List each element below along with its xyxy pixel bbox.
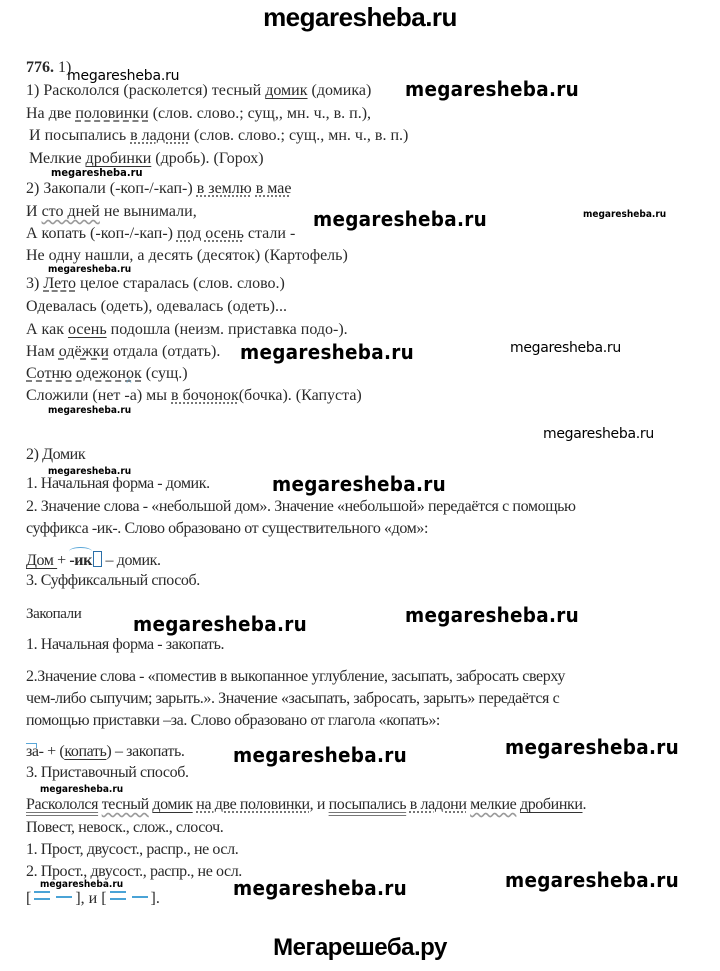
riddle3-line5: Сотню одежонок (сущ.) [26, 365, 188, 383]
zakopali-point1: 1. Начальная форма - закопать. [26, 636, 224, 654]
sentence-member: мелкие [470, 796, 516, 813]
section-title-zakopali: Закопали [26, 606, 81, 623]
sentence-member: Раскололся [26, 796, 98, 813]
text-fragment: посыпались [45, 127, 127, 144]
text-fragment: не вынимали, [100, 203, 197, 220]
watermark: megaresheba.ru [48, 405, 131, 416]
text-fragment: Сотню одежонок [26, 365, 142, 382]
subject-mark-icon [132, 896, 148, 898]
sentence-scheme: [], и []. [26, 890, 160, 908]
riddle2-line3: А копать (-коп-/-кап-) под осень стали - [26, 225, 295, 243]
text-fragment: одёжки [59, 343, 109, 360]
text-fragment: Одевалась (одеть), одевалась (одеть)... [26, 298, 287, 315]
watermark: megaresheba.ru [233, 876, 407, 900]
riddle1-line1: 1) Раскололся (расколется) тесный домик … [26, 82, 371, 100]
sentence-member: посыпались [329, 796, 407, 813]
watermark: megaresheba.ru [272, 472, 446, 496]
riddle3-line2: Одевалась (одеть), одевалась (одеть)... [26, 298, 287, 316]
sentence-member: в ладони [410, 796, 467, 813]
text-fragment: (бочка). (Капуста) [239, 387, 362, 404]
text-fragment: А копать (-коп-/-кап-) [26, 225, 177, 242]
text-fragment: целое старалась (слов. слово.) [76, 275, 285, 292]
text-fragment: в бочонок [171, 387, 239, 404]
zakopali-formula: за- + (копать) – закопать. [26, 743, 184, 761]
watermark: megaresheba.ru [505, 868, 679, 892]
text-fragment: Мелкие [29, 150, 86, 167]
clause1-characteristics: 1. Прост, двусост., распр., не осл. [26, 841, 238, 859]
domik-point3: 3. Суффиксальный способ. [26, 572, 200, 590]
root-word: Дом [26, 552, 57, 569]
sentence-member: на две половинки [196, 796, 309, 813]
text-fragment: ) – закопать. [106, 743, 184, 760]
riddle2-line4: Не одну нашли, а десять (десяток) (Карто… [26, 247, 348, 265]
watermark: megaresheba.ru [51, 166, 143, 179]
riddle3-line6: Сложили (нет -а) мы в бочонок(бочка). (К… [26, 387, 362, 405]
site-header[interactable]: megaresheba.ru [0, 2, 720, 33]
text-fragment: 1) [26, 82, 43, 99]
text-fragment: И [29, 127, 45, 144]
text-fragment: подошла (неизм. приставка подо-). [107, 321, 348, 338]
text-fragment: А как [26, 321, 68, 338]
text-fragment: сто дней [42, 203, 100, 220]
text-fragment: ], и [ [75, 890, 106, 907]
watermark: megaresheba.ru [48, 264, 131, 275]
sentence-text: . [583, 796, 587, 813]
watermark: megaresheba.ru [233, 743, 407, 767]
exercise-number: 776. [26, 59, 54, 76]
text-fragment: Сложили (нет [26, 387, 124, 404]
text-fragment: дробинки [86, 150, 152, 167]
sentence-member: тесный [102, 796, 149, 813]
section-title-domik: 2) Домик [26, 446, 85, 464]
subject-word: домик [265, 82, 307, 99]
text-fragment: (расколется) тесный [119, 82, 265, 99]
riddle2-line2: И сто дней не вынимали, [26, 203, 197, 221]
watermark: megaresheba.ru [40, 879, 123, 890]
text-fragment: + [57, 552, 69, 569]
riddle3-line4: Нам одёжки отдала (отдать). [26, 343, 220, 361]
text-fragment: ]. [151, 890, 160, 907]
watermark: megaresheba.ru [313, 207, 487, 231]
riddle3-line1: 3) Лето целое старалась (слов. слово.) [26, 275, 285, 293]
text-fragment: Нам [26, 343, 59, 360]
riddle3-line3: А как осень подошла (неизм. приставка по… [26, 321, 348, 339]
text-fragment: под осень [177, 225, 244, 242]
text-fragment: – домик. [102, 552, 161, 569]
watermark: megaresheba.ru [543, 426, 654, 442]
ending-box-icon [93, 551, 102, 567]
watermark: megaresheba.ru [405, 603, 579, 627]
text-fragment: (сущ.) [142, 365, 188, 382]
watermark: megaresheba.ru [510, 340, 621, 356]
text-fragment: (слов. слово.; сущ., мн. ч., в. п.) [190, 127, 408, 144]
predicate-mark-icon [110, 891, 126, 900]
predicate-mark-icon [34, 891, 50, 900]
zakopali-point2a: 2.Значение слова - «поместив в выкопанно… [26, 668, 565, 686]
text-fragment: осень [68, 321, 107, 338]
watermark: megaresheba.ru [133, 612, 307, 636]
text-fragment: 2) Закопали (-коп-/-кап-) [26, 180, 197, 197]
sentence-member: домик [152, 796, 192, 813]
domik-point2a: 2. Значение слова - «небольшой дом». Зна… [26, 498, 576, 516]
zakopali-point2c: помощью приставки –за. Слово образовано … [26, 712, 440, 730]
text-fragment: (домика) [308, 82, 372, 99]
text-fragment: Лето [43, 275, 76, 292]
watermark: megaresheba.ru [40, 784, 123, 795]
domik-point1: 1. Начальная форма - домик. [26, 475, 210, 493]
text-fragment: - + ( [39, 743, 65, 760]
site-footer[interactable]: Мегарешеба.ру [0, 934, 720, 962]
zakopali-point2b: чем-либо сыпучим; зарыть.». Значение «за… [26, 690, 559, 708]
watermark: megaresheba.ru [505, 735, 679, 759]
task-number: 776. 1) [26, 59, 71, 77]
text-fragment: [ [26, 890, 31, 907]
sentence-member: дробинки [520, 796, 583, 813]
riddle1-line2: На две половинки (слов. слово.; сущ,, мн… [26, 105, 371, 123]
domik-point2b: суффикса -ик-. Слово образовано от сущес… [26, 520, 428, 538]
watermark: megaresheba.ru [240, 340, 414, 364]
text-fragment: половинки [75, 105, 148, 122]
prefix-mark-icon: за [26, 743, 39, 761]
text-fragment: Раскололся [43, 82, 119, 99]
watermark: megaresheba.ru [583, 209, 666, 220]
text-fragment: в ладони [130, 127, 190, 144]
text-fragment: На две [26, 105, 75, 122]
text-fragment: Не одну нашли, а десять (десяток) (Карто… [26, 247, 348, 264]
text-fragment: -а [124, 387, 136, 405]
domik-formula: Дом + -ик – домик. [26, 551, 161, 570]
watermark: megaresheba.ru [405, 77, 579, 101]
text-fragment: отдала (отдать). [109, 343, 220, 360]
parsed-sentence: Раскололся тесный домик на две половинки… [26, 796, 586, 814]
text-fragment: в землю [197, 180, 252, 197]
text-fragment: 3) [26, 275, 43, 292]
subject-mark-icon [56, 896, 72, 898]
text-fragment: (дробь). (Горох) [151, 150, 263, 167]
text-fragment: копать [64, 743, 106, 760]
text-fragment: в мае [256, 180, 292, 197]
text-fragment: ) мы [137, 387, 171, 404]
sentence-text: , и [310, 796, 329, 813]
riddle1-line3: И посыпались в ладони (слов. слово.; сущ… [29, 127, 408, 145]
zakopali-point3: 3. Приставочный способ. [26, 764, 189, 782]
riddle2-line1: 2) Закопали (-коп-/-кап-) в землю в мае [26, 180, 292, 198]
sentence-characteristics: Повест, невоск., слож., слосоч. [26, 819, 223, 837]
text-fragment: И [26, 203, 42, 220]
text-fragment: (слов. слово.; сущ,, мн. ч., в. п.), [149, 105, 371, 122]
text-fragment: стали - [244, 225, 295, 242]
suffix-arc-icon: -ик [69, 552, 92, 570]
